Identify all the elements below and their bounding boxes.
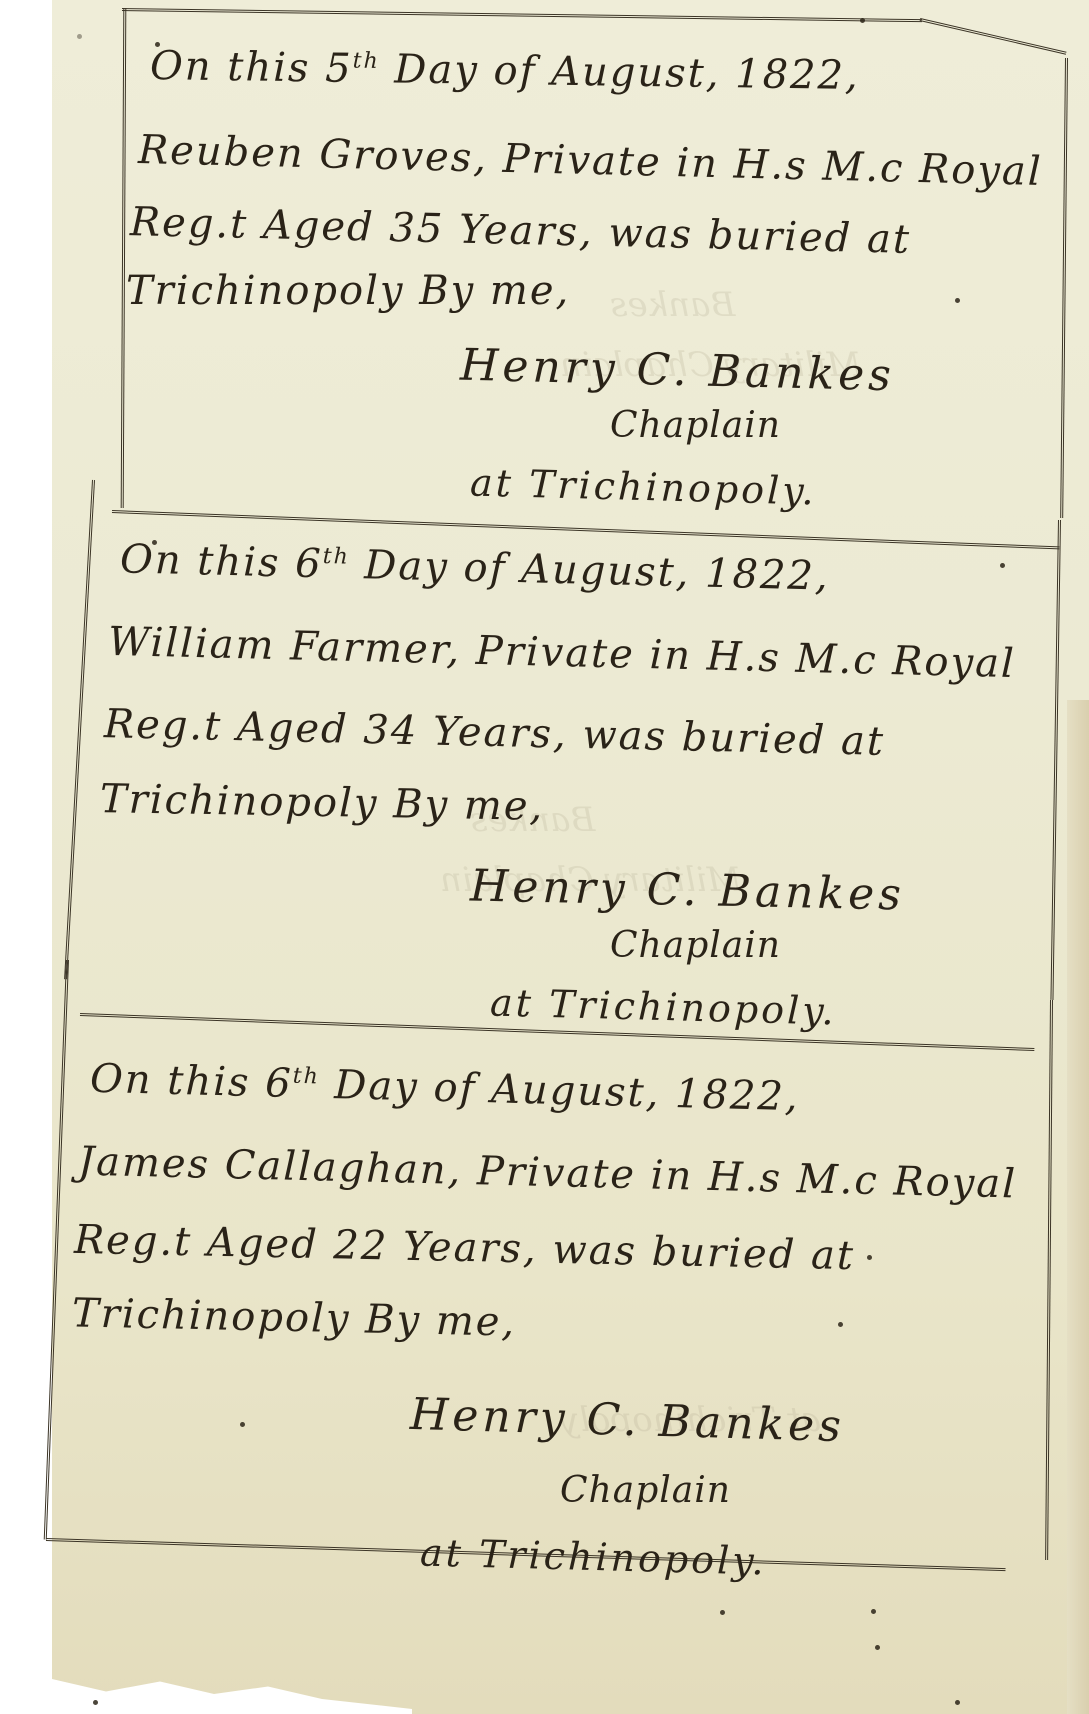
- entry-place-line: Trichinopoly By me,: [72, 1290, 517, 1345]
- signature-place: at Trichinopoly.: [419, 1530, 767, 1583]
- ink-speck: [871, 1609, 876, 1614]
- ink-speck: [838, 1322, 843, 1327]
- ink-speck: [955, 1700, 960, 1705]
- entry-age-line: Reg.t Aged 22 Years, was buried at: [74, 1217, 856, 1279]
- ink-speck: [1000, 563, 1005, 568]
- ink-speck: [875, 1645, 880, 1650]
- signature: Henry C. Bankes: [409, 1389, 845, 1452]
- torn-corner: [52, 1664, 412, 1714]
- ink-speck: [152, 540, 157, 545]
- signature-title: Chaplain: [560, 1470, 731, 1511]
- burial-entry: On this 6th Day of August, 1822, James C…: [0, 0, 1089, 1560]
- ink-speck: [860, 18, 865, 23]
- ink-speck: [77, 34, 82, 39]
- entry-name-line: James Callaghan, Private in H.s M.c Roya…: [78, 1139, 1018, 1208]
- entry-date-line: On this 6th Day of August, 1822,: [90, 1056, 801, 1121]
- ink-speck: [867, 1255, 872, 1260]
- ink-speck: [155, 42, 160, 47]
- ink-speck: [93, 1700, 98, 1705]
- ink-speck: [720, 1610, 725, 1615]
- ink-speck: [240, 1422, 245, 1427]
- ink-speck: [955, 298, 960, 303]
